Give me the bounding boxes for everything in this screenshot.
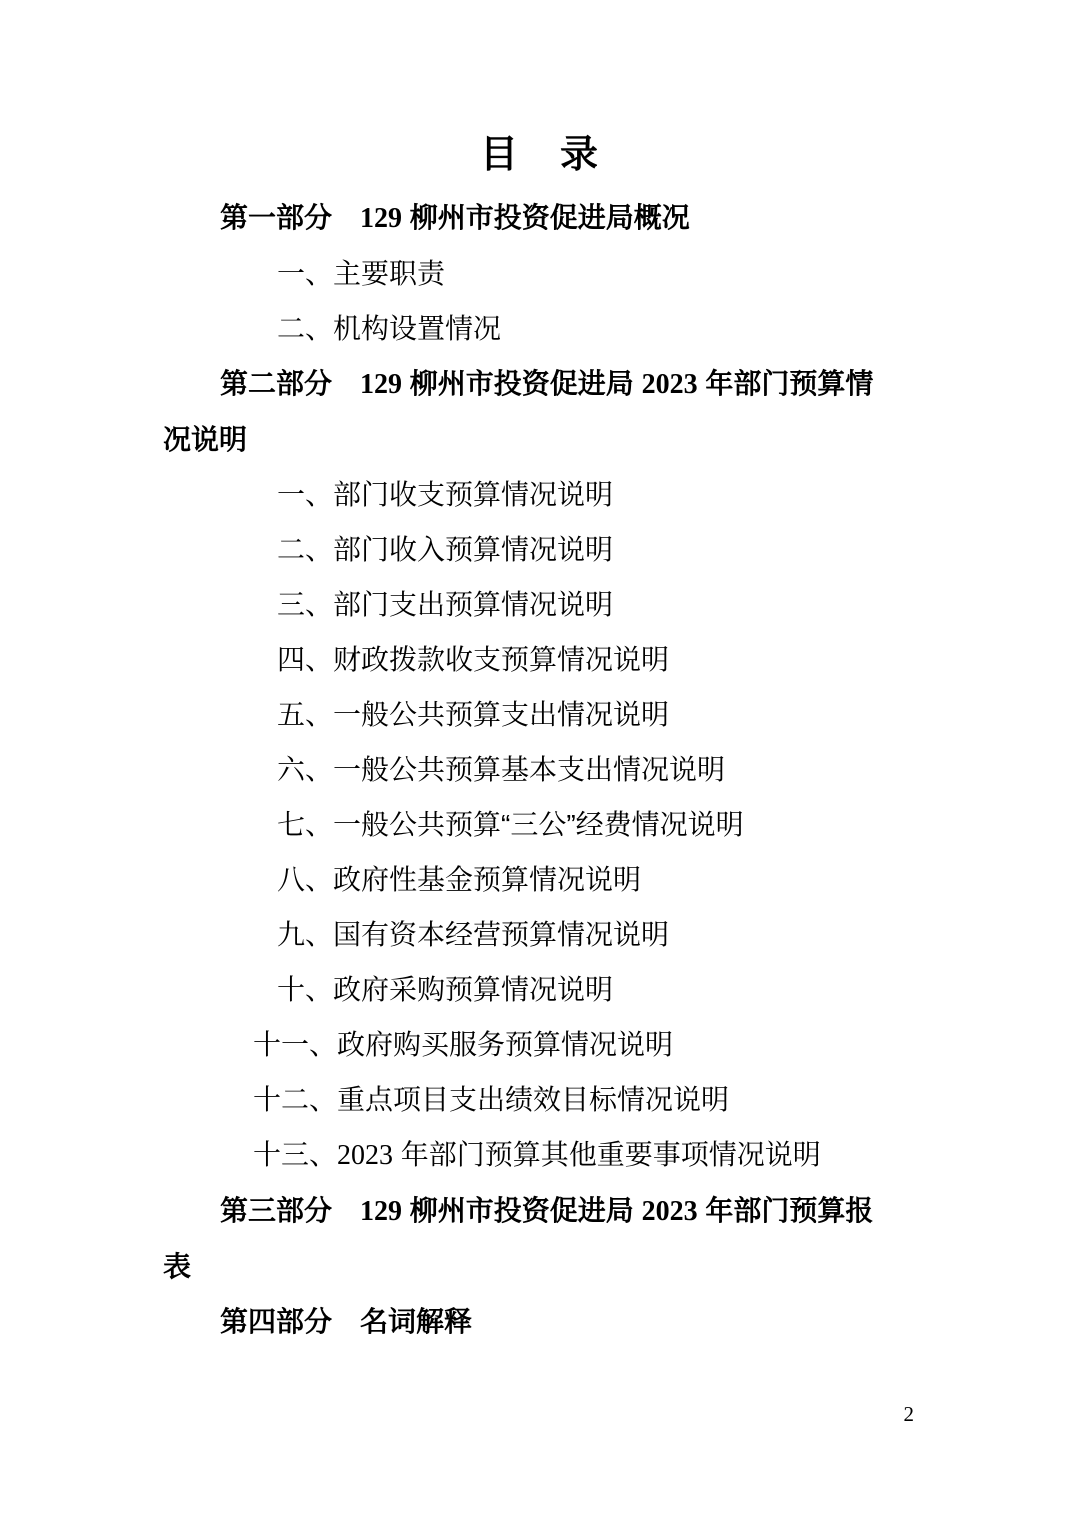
toc-part2-item-9: 九、国有资本经营预算情况说明 [163,907,917,962]
toc-part-3: 第三部分 129 柳州市投资促进局 2023 年部门预算报 表 [163,1183,917,1294]
document-title: 目 录 [163,120,917,190]
toc-part-1: 第一部分 129 柳州市投资促进局概况 [163,190,917,246]
toc-part2-item-3: 三、部门支出预算情况说明 [163,577,917,632]
toc-part2-item-4: 四、财政拨款收支预算情况说明 [163,632,917,687]
document-page: 目 录 第一部分 129 柳州市投资促进局概况 一、主要职责 二、机构设置情况 … [0,0,1075,1520]
toc-part2-item-11: 十一、政府购买服务预算情况说明 [163,1017,917,1072]
toc-part2-item-8: 八、政府性基金预算情况说明 [163,852,917,907]
toc-part2-item-12: 十二、重点项目支出绩效目标情况说明 [163,1072,917,1127]
toc-part2-item-5: 五、一般公共预算支出情况说明 [163,687,917,742]
toc-part1-item-1: 一、主要职责 [163,246,917,301]
page-number: 2 [904,1400,915,1428]
toc-part-4: 第四部分 名词解释 [163,1294,917,1349]
table-of-contents: 第一部分 129 柳州市投资促进局概况 一、主要职责 二、机构设置情况 第二部分… [163,190,917,1349]
toc-part2-item-10: 十、政府采购预算情况说明 [163,962,917,1017]
toc-part2-item-7: 七、一般公共预算“三公”经费情况说明 [163,797,917,852]
toc-part-2: 第二部分 129 柳州市投资促进局 2023 年部门预算情 况说明 [163,356,917,467]
toc-part1-item-2: 二、机构设置情况 [163,301,917,356]
toc-part2-item-1: 一、部门收支预算情况说明 [163,467,917,522]
toc-part2-item-6: 六、一般公共预算基本支出情况说明 [163,742,917,797]
toc-part2-item-13: 十三、2023 年部门预算其他重要事项情况说明 [163,1127,917,1183]
toc-part2-item-2: 二、部门收入预算情况说明 [163,522,917,577]
